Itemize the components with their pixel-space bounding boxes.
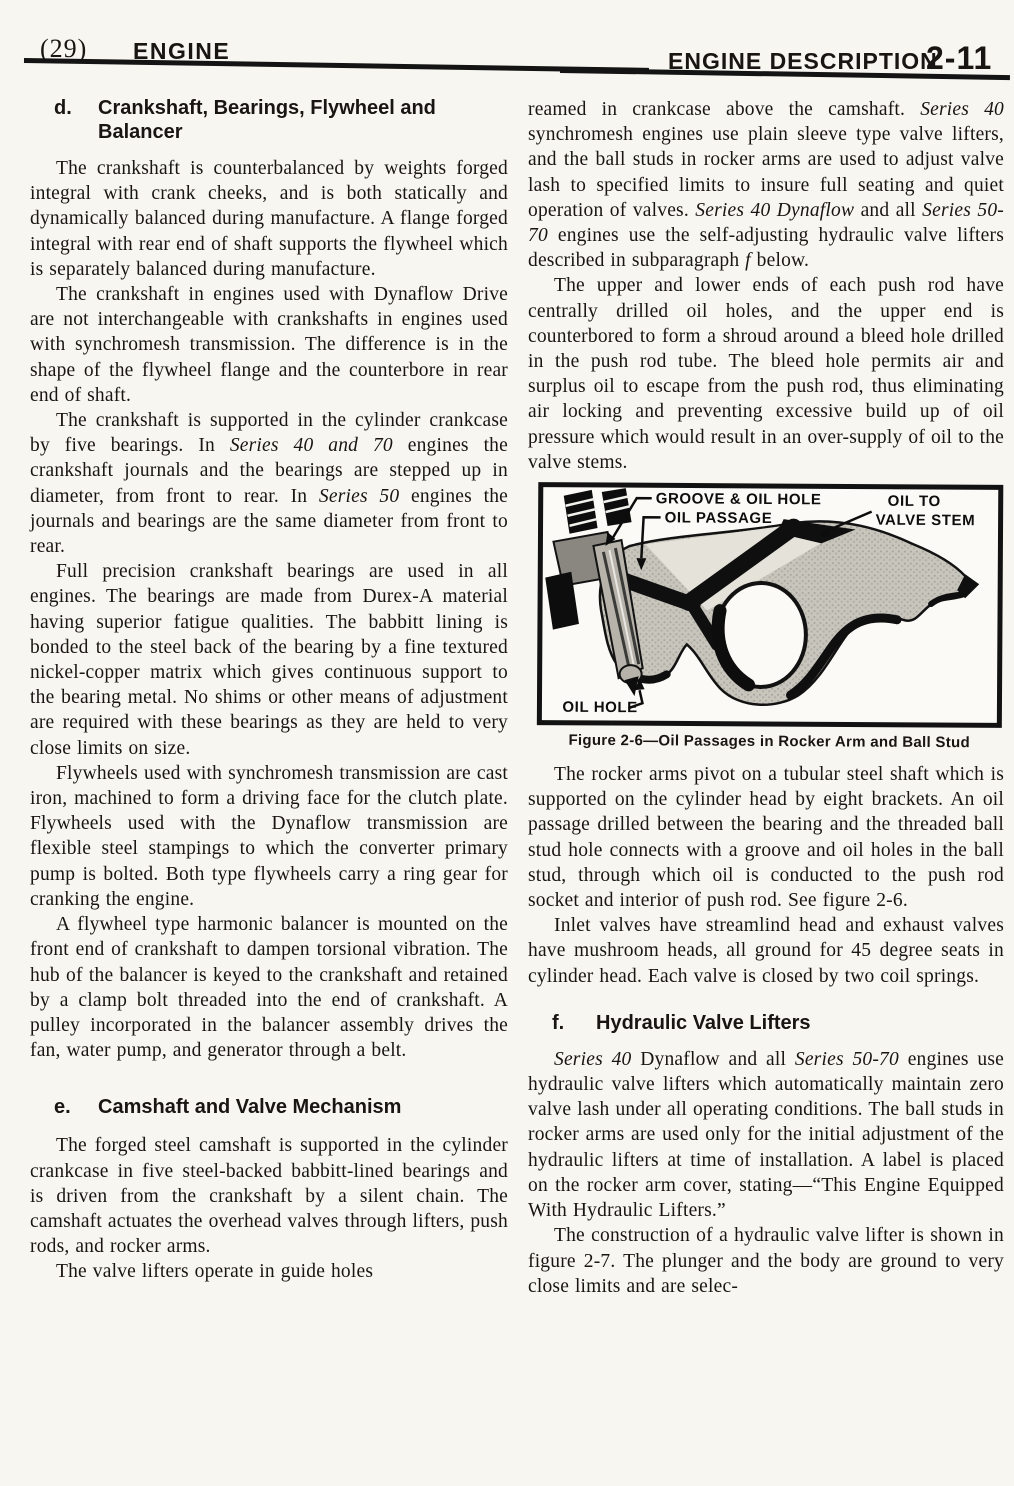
heading-hydraulic-valve-lifters: f. Hydraulic Valve Lifters	[528, 1011, 1004, 1035]
paragraph: Series 40 Dynaflow and all Series 50-70 …	[528, 1047, 1004, 1223]
manual-page: (29) ENGINE ENGINE DESCRIPTION 2-11 d. C…	[0, 0, 1014, 1486]
heading-title: Camshaft and Valve Mechanism	[98, 1095, 508, 1119]
paragraph: The upper and lower ends of each push ro…	[528, 273, 1004, 475]
paragraph: Flywheels used with synchromesh transmis…	[30, 761, 508, 912]
heading-label: e.	[30, 1095, 98, 1119]
figure-label-groove-oil-hole: GROOVE & OIL HOLE	[656, 490, 822, 508]
paragraph: The valve lifters operate in guide holes	[30, 1259, 508, 1284]
paragraph: Full precision crankshaft bearings are u…	[30, 559, 508, 761]
figure-label-valve-stem: VALVE STEM	[876, 512, 976, 530]
figure-2-6: GROOVE & OIL HOLE OIL PASSAGE OIL TO VAL…	[536, 482, 1004, 752]
header-rule	[24, 58, 649, 73]
paragraph: reamed in crankcase above the camshaft. …	[528, 97, 1004, 273]
paragraph: The forged steel camshaft is supported i…	[30, 1133, 508, 1259]
paragraph: The construction of a hydraulic valve li…	[528, 1223, 1004, 1299]
heading-title: Hydraulic Valve Lifters	[596, 1011, 1004, 1035]
paragraph: The crankshaft is supported in the cylin…	[30, 408, 508, 559]
paragraph: A flywheel type harmonic balancer is mou…	[30, 912, 508, 1063]
paragraph: The crankshaft in engines used with Dyna…	[30, 282, 508, 408]
figure-label-oil-hole: OIL HOLE	[562, 699, 637, 716]
paragraph: The rocker arms pivot on a tubular steel…	[528, 762, 1004, 913]
heading-label: f.	[528, 1011, 596, 1035]
right-column: reamed in crankcase above the camshaft. …	[528, 97, 1004, 1299]
page-number: 2-11	[926, 40, 992, 77]
figure-2-6-illustration: GROOVE & OIL HOLE OIL PASSAGE OIL TO VAL…	[536, 482, 1003, 729]
paragraph: Inlet valves have streamlind head and ex…	[528, 913, 1004, 989]
heading-title: Crankshaft, Bearings, Flywheel and Balan…	[98, 96, 508, 144]
heading-label: d.	[30, 96, 98, 144]
left-column: d. Crankshaft, Bearings, Flywheel and Ba…	[30, 96, 508, 1285]
paragraph: The crankshaft is counterbalanced by wei…	[30, 156, 508, 282]
figure-label-oil-passage: OIL PASSAGE	[665, 509, 773, 527]
figure-caption: Figure 2-6—Oil Passages in Rocker Arm an…	[536, 732, 1002, 752]
heading-camshaft-valve-mechanism: e. Camshaft and Valve Mechanism	[30, 1095, 508, 1119]
heading-crankshaft-bearings-flywheel-balancer: d. Crankshaft, Bearings, Flywheel and Ba…	[30, 96, 508, 144]
figure-label-oil-to: OIL TO	[888, 493, 941, 510]
